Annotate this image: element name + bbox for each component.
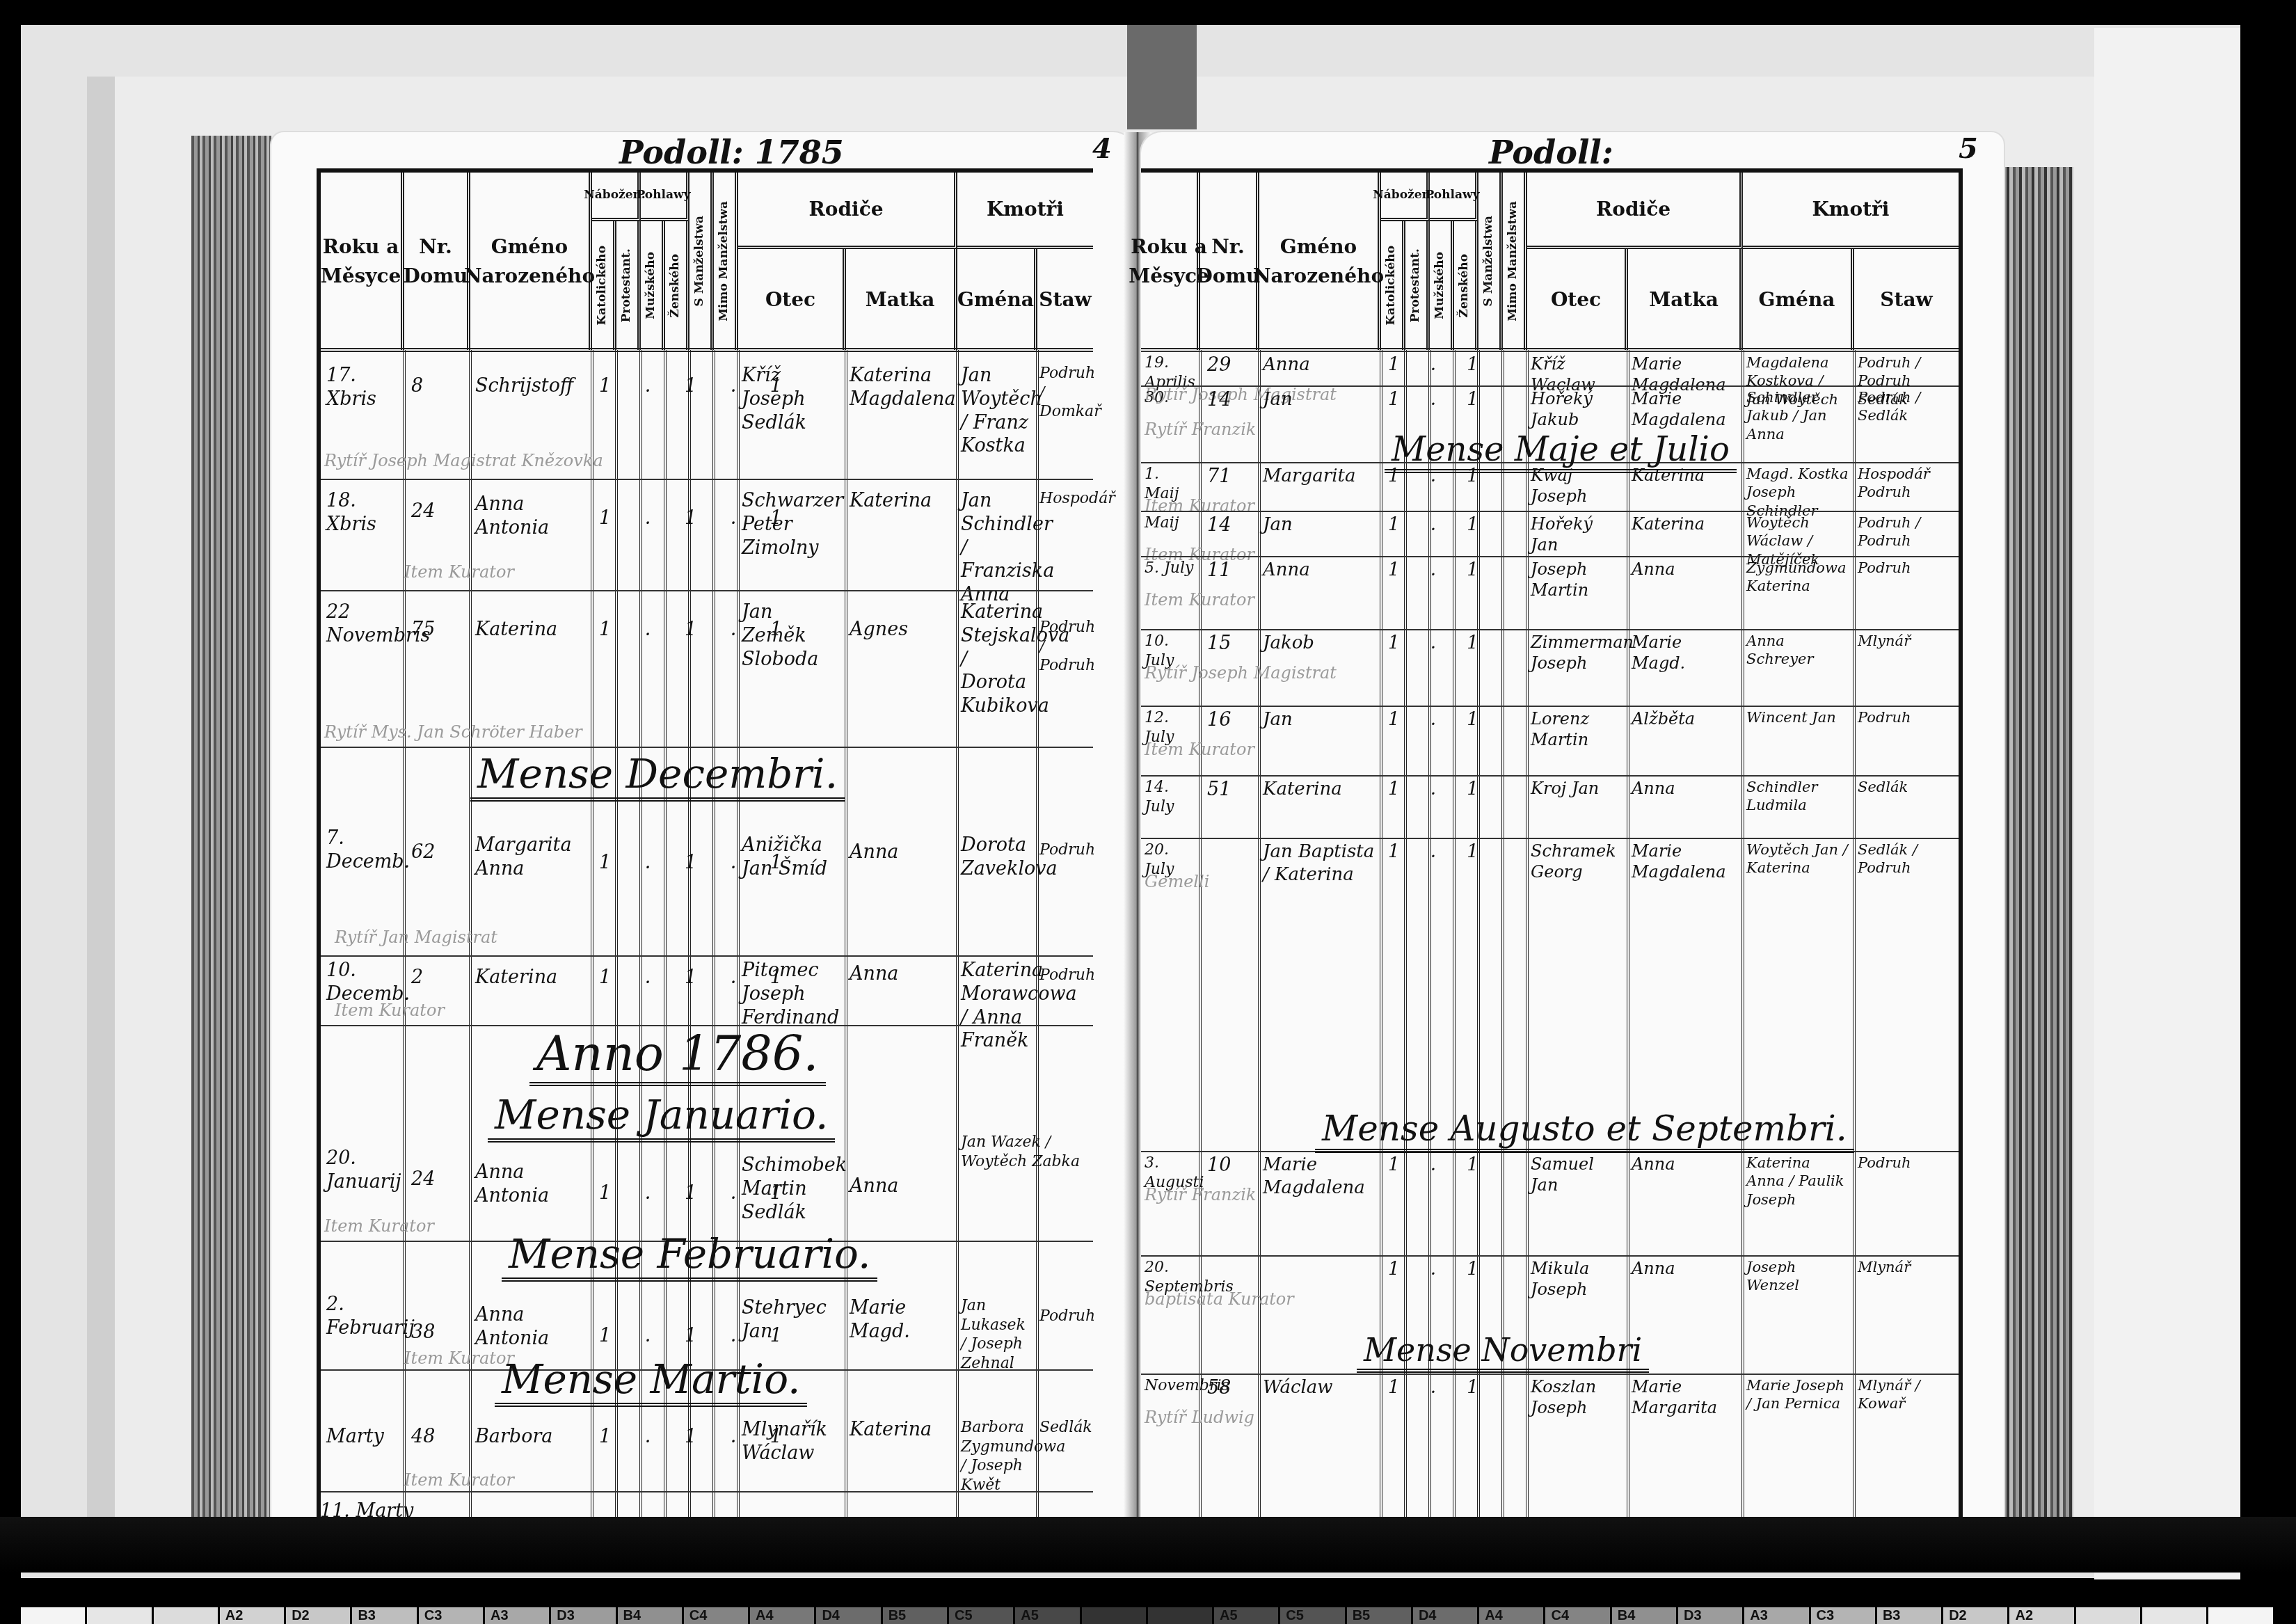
entry-father: Anižička Jan Šmíd bbox=[742, 834, 843, 881]
entry-mother: Anna bbox=[850, 962, 954, 986]
calibration-patch: B5 bbox=[883, 1607, 949, 1624]
row-divider bbox=[321, 955, 1093, 957]
entry-mother: Anna bbox=[850, 1175, 954, 1198]
header-staw: Staw bbox=[1037, 249, 1093, 350]
calibration-patch: C4 bbox=[1545, 1607, 1611, 1624]
entry-note: Rytíř Franzik bbox=[1145, 1185, 1256, 1204]
entry-marks: 1 . 1 bbox=[1388, 1154, 1520, 1177]
entry-house: 71 bbox=[1207, 465, 1256, 488]
entry-house: 29 bbox=[1207, 353, 1256, 377]
entry-house: 62 bbox=[411, 841, 435, 864]
entry-date: 5. July bbox=[1145, 559, 1197, 578]
entry-mother: Anna bbox=[1632, 559, 1739, 580]
entry-marks: 1 . 1 bbox=[1388, 841, 1520, 863]
calibration-patch: D3 bbox=[551, 1607, 617, 1624]
calibration-patch bbox=[2208, 1607, 2274, 1624]
entry-marks: 1 . 1 bbox=[1388, 388, 1520, 411]
entry-godparents: Barbora Zygmundowa / Joseph Kwět bbox=[961, 1418, 1034, 1495]
row-divider bbox=[1141, 775, 1959, 777]
header-jmena: Gména bbox=[1743, 249, 1854, 350]
entry-godparents: Anna Schreyer bbox=[1746, 632, 1851, 669]
entry-status: Podruh bbox=[1858, 1154, 1955, 1172]
header-roku-a-mesyce: Roku a Měsyce bbox=[321, 173, 404, 350]
header-jmena: Gména bbox=[957, 249, 1037, 350]
entry-house: 48 bbox=[411, 1425, 435, 1449]
entry-note: Item Kurator bbox=[404, 562, 514, 582]
row-divider bbox=[321, 590, 1093, 591]
column-rule bbox=[1853, 350, 1856, 1550]
header-mimo-manzelstwa: Mimo Manželstwa bbox=[1503, 173, 1527, 350]
header-katolickeho: Katolického bbox=[592, 221, 616, 350]
row-divider bbox=[321, 1491, 1093, 1492]
calibration-patch: A5 bbox=[1015, 1607, 1081, 1624]
entry-status: Sedlák / Podruh bbox=[1858, 841, 1955, 877]
entry-note: Rytíř Ludwig bbox=[1145, 1408, 1254, 1427]
entry-note: Rytíř Mys. Jan Schröter Haber bbox=[324, 722, 582, 742]
left-page: Podoll: 1785 4 Roku a Měsyce Nr. Domu Gm… bbox=[271, 132, 1134, 1552]
entry-note: Item Kurator bbox=[1145, 740, 1254, 759]
entry-marks: 1 . 1 bbox=[1388, 708, 1520, 731]
calibration-patch: A5 bbox=[1214, 1607, 1280, 1624]
entry-mother: Marie Magdalena bbox=[1632, 841, 1739, 882]
calibration-patch bbox=[87, 1607, 153, 1624]
header-rodice: Rodiče bbox=[1527, 173, 1743, 249]
entry-note: Rytíř Jan Magistrat bbox=[335, 928, 497, 947]
row-divider bbox=[1141, 629, 1959, 630]
entry-father: Kroj Jan bbox=[1531, 778, 1625, 799]
header-jmeno-narozeneho: Gméno Narozeného bbox=[470, 173, 592, 350]
right-mount bbox=[2094, 28, 2240, 1579]
entry-note: Item Kurator bbox=[1145, 496, 1254, 516]
entry-name: Schrijstoff bbox=[475, 374, 587, 398]
entry-mother: Katerina Magdalena bbox=[850, 364, 954, 411]
calibration-patch bbox=[2142, 1607, 2208, 1624]
entry-house: 58 bbox=[1207, 1376, 1256, 1400]
entry-mother: Anna bbox=[1632, 1258, 1739, 1279]
entry-house: 14 bbox=[1207, 514, 1256, 537]
entry-marks: 1 . 1 bbox=[1388, 1376, 1520, 1399]
year-heading-1786: Anno 1786. bbox=[529, 1025, 826, 1086]
entry-marks: 1 . 1 bbox=[1388, 1258, 1520, 1281]
entry-name: Margarita Anna bbox=[475, 834, 587, 881]
header-pohlawy: Pohlawy bbox=[1430, 173, 1478, 221]
calibration-patch: D4 bbox=[1413, 1607, 1479, 1624]
entry-mother: Marie Magdalena bbox=[1632, 388, 1739, 430]
entry-mother: Anna bbox=[1632, 1154, 1739, 1175]
entry-house: 38 bbox=[411, 1321, 435, 1344]
entry-date: 7. Decemb. bbox=[326, 827, 403, 874]
entry-name: Anna Antonia bbox=[475, 1303, 587, 1351]
entry-name: Katerina bbox=[1263, 778, 1378, 801]
header-rodice: Rodiče bbox=[738, 173, 957, 249]
calibration-patch: C5 bbox=[949, 1607, 1015, 1624]
entry-note: Item Kurator bbox=[335, 1001, 445, 1020]
entry-house: 2 bbox=[411, 966, 423, 989]
entry-status: Mlynář / Kowař bbox=[1858, 1376, 1955, 1413]
header-kmotri: Kmotři bbox=[1743, 173, 1959, 249]
calibration-patch: B3 bbox=[1877, 1607, 1943, 1624]
entry-godparents: Marie Joseph / Jan Pernica bbox=[1746, 1376, 1851, 1413]
row-divider bbox=[1141, 556, 1959, 557]
entry-status: Podruh bbox=[1039, 841, 1092, 860]
calibration-patch: B5 bbox=[1347, 1607, 1413, 1624]
entry-father: Mikula Joseph bbox=[1531, 1258, 1625, 1300]
entry-note: Rytíř Franzik bbox=[1145, 420, 1256, 439]
entry-house: 10 bbox=[1207, 1154, 1256, 1177]
calibration-patch: D2 bbox=[1943, 1607, 2009, 1624]
calibration-patch: D4 bbox=[816, 1607, 882, 1624]
entry-name: Anna bbox=[1263, 353, 1378, 376]
month-heading-decembri: Mense Decembri. bbox=[470, 750, 845, 802]
entry-status: Hospodář bbox=[1039, 489, 1092, 509]
calibration-patch: C5 bbox=[1280, 1607, 1346, 1624]
calibration-patch bbox=[1148, 1607, 1214, 1624]
entry-godparents: Joseph Wenzel bbox=[1746, 1258, 1851, 1295]
entry-status: Podruh / Domkař bbox=[1039, 364, 1092, 422]
entry-house: 11 bbox=[1207, 559, 1256, 582]
page-title: Podoll: 1785 bbox=[619, 134, 844, 171]
header-zenskeho: Ženského bbox=[665, 221, 689, 350]
header-z-manzelstwa: S Manželstwa bbox=[689, 173, 714, 350]
entry-marks: 1 . 1 bbox=[1388, 353, 1520, 376]
entry-father: Samuel Jan bbox=[1531, 1154, 1625, 1195]
entry-date: Marty bbox=[326, 1425, 403, 1449]
calibration-patch bbox=[154, 1607, 220, 1624]
entry-father: Zimmerman Joseph bbox=[1531, 632, 1625, 674]
entry-mother: Anna bbox=[850, 841, 954, 864]
bottom-shadow bbox=[0, 1517, 2296, 1573]
entry-note: Item Kurator bbox=[404, 1470, 514, 1490]
header-katolickeho: Katolického bbox=[1381, 221, 1405, 350]
page-title: Podoll: bbox=[1489, 134, 1613, 171]
entry-godparents: Katerina Morawcowa / Anna Franěk bbox=[961, 959, 1034, 1053]
entry-father: Schramek Georg bbox=[1531, 841, 1625, 882]
entry-house: 15 bbox=[1207, 632, 1256, 655]
entry-name: Jan bbox=[1263, 708, 1378, 731]
entry-father: Schwarzer Peter Zimolny bbox=[742, 489, 843, 559]
calibration-patch: A2 bbox=[2009, 1607, 2075, 1624]
header-muzskeho: Mužského bbox=[641, 221, 665, 350]
month-heading-maje-julio: Mense Maje et Julio bbox=[1385, 430, 1737, 473]
register-table: Roku a Měsyce Nr. Domu Gméno Narozeného … bbox=[317, 168, 1093, 1550]
row-divider bbox=[1141, 706, 1959, 707]
calibration-patch: A3 bbox=[1744, 1607, 1810, 1624]
entry-note: Gemelli bbox=[1145, 872, 1209, 891]
entry-house: 14 bbox=[1207, 388, 1256, 412]
right-page: Podoll: 5 Roku a Měsyce Nr. Domu Gméno N… bbox=[1141, 132, 2004, 1552]
entry-godparents: Katerina Stejskalova / Dorota Kubikova bbox=[961, 600, 1034, 718]
entry-note: baptisata Kurator bbox=[1145, 1289, 1294, 1309]
entry-status: Sedlák bbox=[1039, 1418, 1092, 1438]
month-heading-martio: Mense Martio. bbox=[495, 1355, 807, 1407]
calibration-patch: A4 bbox=[1479, 1607, 1545, 1624]
entry-marks: 1 . 1 bbox=[1388, 559, 1520, 582]
header-matka: Matka bbox=[846, 249, 957, 350]
row-divider bbox=[1141, 838, 1959, 839]
entry-mother: Marie Magd. bbox=[850, 1296, 954, 1344]
calibration-patch bbox=[2076, 1607, 2142, 1624]
entry-mother: Katerina bbox=[850, 1418, 954, 1442]
header-protestant: Protestant. bbox=[616, 221, 641, 350]
entry-godparents: Wincent Jan bbox=[1746, 708, 1851, 726]
page-number: 5 bbox=[1959, 132, 1978, 165]
calibration-patch: D2 bbox=[286, 1607, 352, 1624]
entry-name: Marie Magdalena bbox=[1263, 1154, 1378, 1199]
column-rule bbox=[1741, 350, 1744, 1550]
entry-father: Kříž Joseph Sedlák bbox=[742, 364, 843, 434]
entry-father: Pitomec Joseph Ferdinand bbox=[742, 959, 843, 1029]
entry-note: Item Kurator bbox=[324, 1216, 434, 1236]
entry-name: Margarita bbox=[1263, 465, 1378, 488]
entry-name: Jan bbox=[1263, 514, 1378, 536]
column-rule bbox=[1199, 350, 1202, 1550]
entry-status: Podruh bbox=[1039, 966, 1092, 985]
entry-name: Anna Antonia bbox=[475, 493, 587, 540]
entry-godparents: Jan Schindler / Franziska Anna bbox=[961, 489, 1034, 607]
entry-mother: Agnes bbox=[850, 618, 954, 642]
entry-house: 16 bbox=[1207, 708, 1256, 732]
header-nabozen: Nábožen. bbox=[592, 173, 641, 221]
entry-father: Hořeký Jan bbox=[1531, 514, 1625, 555]
entry-date: 17. Xbris bbox=[326, 364, 399, 411]
header-roku-a-mesyce: Roku a Měsyce bbox=[1141, 173, 1200, 350]
entry-father: Stehryec Jan bbox=[742, 1296, 843, 1344]
entry-house: 75 bbox=[411, 618, 435, 642]
header-kmotri: Kmotři bbox=[957, 173, 1093, 249]
entry-mother: Katerina bbox=[850, 489, 954, 513]
entry-status: Podruh bbox=[1858, 708, 1955, 726]
entry-date: 18. Xbris bbox=[326, 489, 399, 536]
entry-status: Podruh / Sedlák bbox=[1858, 388, 1955, 425]
entry-note: Item Kurator bbox=[1145, 590, 1254, 610]
calibration-patch: A2 bbox=[220, 1607, 286, 1624]
header-nr-domu: Nr. Domu bbox=[1200, 173, 1259, 350]
entry-date: 14. July bbox=[1145, 778, 1197, 816]
entry-father: Mlynařík Wáclaw bbox=[742, 1418, 843, 1465]
header-nabozen: Nábožen. bbox=[1381, 173, 1430, 221]
right-page-edges bbox=[1997, 167, 2073, 1524]
month-heading-augusto-septembri: Mense Augusto et Septembri. bbox=[1315, 1108, 1854, 1153]
row-divider bbox=[1141, 1374, 1959, 1375]
entry-date: Novembris bbox=[1145, 1376, 1197, 1396]
entry-marks: 1 . 1 bbox=[1388, 514, 1520, 536]
entry-godparents: Schindler Jakub / Jan Anna bbox=[1746, 388, 1851, 443]
entry-name: Anna bbox=[1263, 559, 1378, 582]
entry-status: Sedlák bbox=[1858, 778, 1955, 796]
entry-father: Koszlan Joseph bbox=[1531, 1376, 1625, 1418]
entry-godparents: Dorota Zaveklova bbox=[961, 834, 1034, 881]
entry-status: Podruh bbox=[1858, 559, 1955, 577]
header-jmeno-narozeneho: Gméno Narozeného bbox=[1259, 173, 1381, 350]
calibration-patch: A4 bbox=[750, 1607, 816, 1624]
calibration-patch: C3 bbox=[419, 1607, 485, 1624]
entry-godparents: Jan Lukasek / Joseph Zehnal bbox=[961, 1296, 1034, 1373]
entry-date: 20. Januarij bbox=[326, 1147, 403, 1194]
calibration-patch bbox=[1082, 1607, 1148, 1624]
row-divider bbox=[321, 747, 1093, 748]
entry-name: Jan bbox=[1263, 388, 1378, 411]
header-muzskeho: Mužského bbox=[1430, 221, 1454, 350]
entry-note: Rytíř Joseph Magistrat Knězovka bbox=[324, 451, 603, 470]
header-z-manzelstwa: S Manželstwa bbox=[1478, 173, 1503, 350]
entry-godparents: Jan Wazek / Woytěch Zabka bbox=[961, 1133, 1093, 1171]
header-pohlawy: Pohlawy bbox=[641, 173, 689, 221]
entry-date: 30. bbox=[1145, 388, 1197, 408]
entry-status: Hospodář Podruh bbox=[1858, 465, 1955, 502]
entry-status: Podruh bbox=[1039, 1307, 1092, 1326]
entry-name: Katerina bbox=[475, 618, 587, 642]
entry-status: Mlynář bbox=[1858, 1258, 1955, 1276]
month-heading-januario: Mense Januario. bbox=[488, 1091, 835, 1143]
entry-godparents: Jan Woytěch / Franz Kostka bbox=[961, 364, 1034, 458]
row-divider bbox=[1141, 511, 1959, 512]
spine-shadow bbox=[1127, 25, 1197, 129]
entry-house: 8 bbox=[411, 374, 423, 398]
calibration-patch: A3 bbox=[485, 1607, 551, 1624]
entry-mother: Katerina bbox=[1632, 514, 1739, 534]
calibration-patch: B3 bbox=[352, 1607, 418, 1624]
entry-name: Barbora bbox=[475, 1425, 587, 1449]
header-nr-domu: Nr. Domu bbox=[404, 173, 470, 350]
row-divider bbox=[1141, 1255, 1959, 1257]
right-black-strip bbox=[2265, 28, 2296, 1579]
header-staw: Staw bbox=[1854, 249, 1959, 350]
calibration-strip: A2D2B3C3A3D3B4C4A4D4B5C5A5A5C5B5D4A4C4B4… bbox=[21, 1607, 2275, 1624]
entry-status: Podruh / Podruh bbox=[1039, 618, 1092, 676]
entry-marks: 1 . 1 bbox=[1388, 632, 1520, 655]
entry-father: Lorenz Martin bbox=[1531, 708, 1625, 750]
header-protestant: Protestant. bbox=[1405, 221, 1430, 350]
calibration-patch: C4 bbox=[684, 1607, 750, 1624]
header-otec: Otec bbox=[1527, 249, 1628, 350]
row-divider bbox=[321, 479, 1093, 480]
entry-house: 51 bbox=[1207, 778, 1256, 802]
entry-father: Schimobek Martin Sedlák bbox=[742, 1154, 843, 1224]
entry-father: Jan Zeměk Sloboda bbox=[742, 600, 843, 671]
entry-status: Mlynář bbox=[1858, 632, 1955, 650]
calibration-patch bbox=[21, 1607, 87, 1624]
entry-godparents: Woytěch Jan / Katerina bbox=[1746, 841, 1851, 877]
column-rule bbox=[1258, 350, 1261, 1550]
entry-name: Jakob bbox=[1263, 632, 1378, 655]
entry-marks: 1 . 1 bbox=[1388, 778, 1520, 801]
entry-name: Katerina bbox=[475, 966, 587, 989]
calibration-patch: B4 bbox=[618, 1607, 684, 1624]
calibration-patch: B4 bbox=[1612, 1607, 1678, 1624]
month-heading-novembri: Mense Novembri bbox=[1357, 1331, 1649, 1373]
entry-name: Wáclaw bbox=[1263, 1376, 1378, 1399]
header-mimo-manzelstwa: Mimo Manželstwa bbox=[714, 173, 738, 350]
entry-mother: Anna bbox=[1632, 778, 1739, 799]
entry-godparents: Schindler Ludmila bbox=[1746, 778, 1851, 815]
entry-name: Jan Baptista / Katerina bbox=[1263, 841, 1378, 886]
row-divider bbox=[1141, 351, 1959, 352]
entry-mother: Alžběta bbox=[1632, 708, 1739, 729]
entry-father: Hořeký Jakub bbox=[1531, 388, 1625, 430]
entry-mother: Marie Margarita bbox=[1632, 1376, 1739, 1418]
entry-mother: Marie Magd. bbox=[1632, 632, 1739, 674]
entry-name: Anna Antonia bbox=[475, 1161, 587, 1208]
entry-father: Joseph Martin bbox=[1531, 559, 1625, 600]
entry-house: 24 bbox=[411, 1168, 435, 1191]
header-otec: Otec bbox=[738, 249, 846, 350]
month-heading-februario: Mense Februario. bbox=[502, 1230, 877, 1282]
calibration-patch: C3 bbox=[1811, 1607, 1877, 1624]
entry-godparents: Zygmundowa Katerina bbox=[1746, 559, 1851, 596]
entry-date: 22 Novembris bbox=[326, 600, 399, 648]
page-number: 4 bbox=[1092, 132, 1112, 165]
header-matka: Matka bbox=[1628, 249, 1743, 350]
row-divider bbox=[1141, 385, 1959, 387]
entry-status: Podruh / Podruh bbox=[1858, 514, 1955, 550]
header-divider bbox=[321, 348, 1093, 352]
left-page-edges bbox=[191, 136, 271, 1552]
entry-note: Rytíř Joseph Magistrat bbox=[1145, 663, 1337, 683]
entry-godparents: Katerina Anna / Paulik Joseph bbox=[1746, 1154, 1851, 1209]
header-zenskeho: Ženského bbox=[1454, 221, 1478, 350]
entry-date: Maij bbox=[1145, 514, 1197, 533]
entry-date: 10. Decemb. bbox=[326, 959, 403, 1006]
entry-house: 24 bbox=[411, 500, 435, 523]
calibration-patch: D3 bbox=[1678, 1607, 1744, 1624]
register-table: Roku a Měsyce Nr. Domu Gméno Narozeného … bbox=[1141, 168, 1963, 1550]
entry-date: 2. Februarij bbox=[326, 1293, 403, 1340]
